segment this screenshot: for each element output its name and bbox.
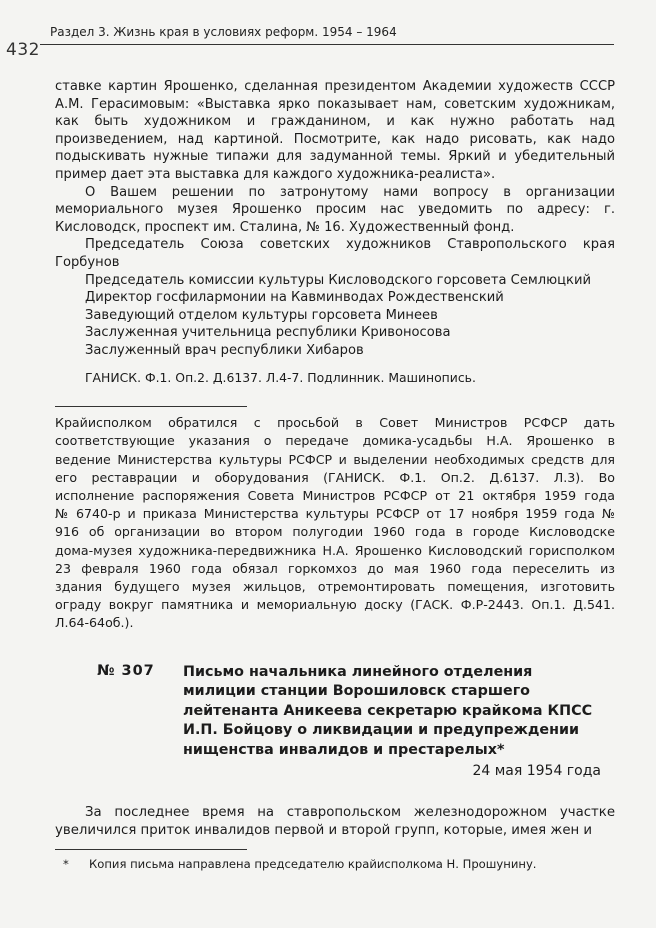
footnote-divider bbox=[55, 849, 247, 850]
document-title: Письмо начальника линейного отделения ми… bbox=[183, 663, 603, 761]
document-heading: № 307 Письмо начальника линейного отделе… bbox=[55, 663, 615, 761]
signatory: Заслуженный врач республики Хибаров bbox=[55, 342, 615, 360]
document-text: За последнее время на ставропольском жел… bbox=[55, 804, 615, 841]
paragraph: О Вашем решении по затронутому нами вопр… bbox=[55, 184, 615, 237]
page-number: 432 bbox=[6, 40, 40, 60]
editorial-note: Крайисполком обратился с просьбой в Сове… bbox=[55, 414, 615, 632]
paragraph: Председатель Союза советских художников … bbox=[55, 236, 615, 271]
document-number: № 307 bbox=[97, 663, 183, 761]
signatory: Заведующий отделом культуры горсовета Ми… bbox=[55, 307, 615, 325]
signatory: Директор госфилармонии на Кавминводах Ро… bbox=[55, 289, 615, 307]
document-date: 24 мая 1954 года bbox=[55, 763, 615, 781]
footnote-text: Копия письма направлена председателю кра… bbox=[89, 856, 537, 874]
running-head: Раздел 3. Жизнь края в условиях реформ. … bbox=[50, 25, 397, 39]
footnote-mark: * bbox=[55, 856, 89, 874]
archive-reference: ГАНИСК. Ф.1. Оп.2. Д.6137. Л.4-7. Подлин… bbox=[55, 369, 615, 387]
paragraph: ставке картин Ярошенко, сделанная презид… bbox=[55, 78, 615, 184]
note-divider bbox=[55, 406, 247, 407]
footnote: * Копия письма направлена председателю к… bbox=[55, 856, 615, 874]
signatory: Заслуженная учительница республики Криво… bbox=[55, 324, 615, 342]
header-rule bbox=[40, 44, 614, 45]
page-body: ставке картин Ярошенко, сделанная презид… bbox=[55, 78, 615, 873]
signatory: Председатель комиссии культуры Кисловодс… bbox=[55, 272, 615, 290]
